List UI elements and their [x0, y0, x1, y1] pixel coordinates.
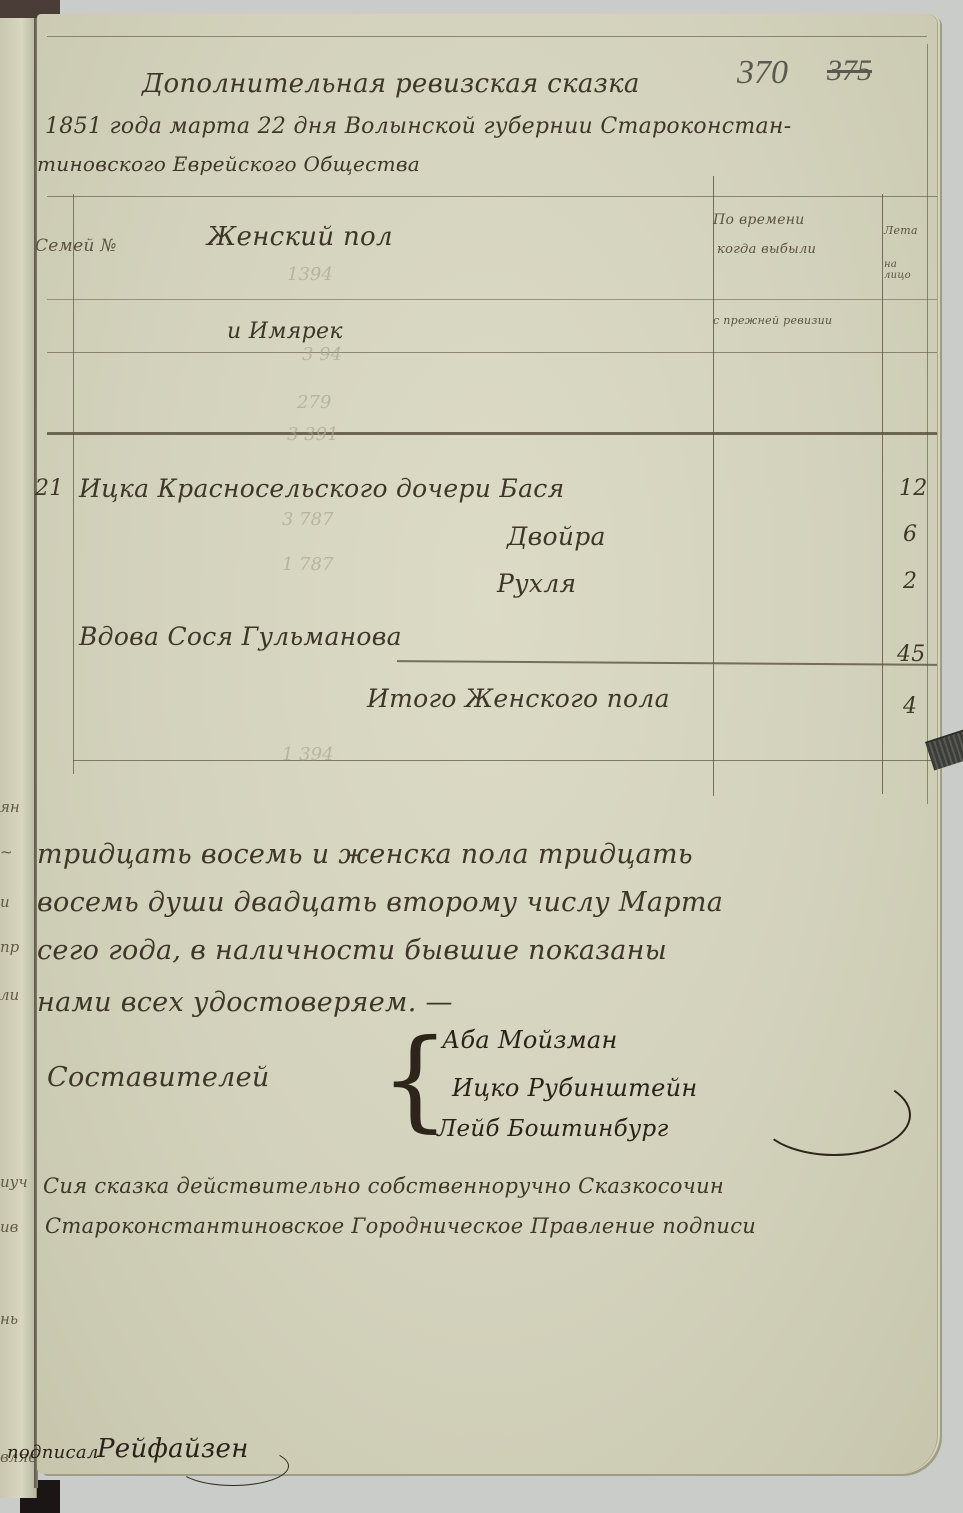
header-time-line-3: с прежней ревизии: [713, 314, 832, 327]
show-through-number: 3 391: [287, 424, 339, 445]
margin-fragment: ~: [0, 843, 13, 861]
show-through-number: 279: [297, 392, 331, 413]
show-through-number: 1 787: [282, 554, 334, 575]
signatures-label: Составителей: [47, 1062, 270, 1093]
body-line-1: тридцать восемь и женска пола тридцать: [37, 839, 693, 870]
show-through-number: 1 394: [282, 744, 334, 765]
document-page: 370 375 Дополнительная ревизская сказка …: [37, 14, 937, 1474]
person-name: Вдова Сося Гульманова: [79, 622, 402, 651]
header-time-line-2: когда выбыли: [717, 242, 816, 257]
signer-2: Ицко Рубинштейн: [452, 1074, 698, 1102]
margin-fragment: иуч: [0, 1173, 28, 1191]
margin-fragment: ян: [0, 798, 20, 816]
official-signature-prefix: подписал: [7, 1442, 99, 1463]
official-signature-flourish: [177, 1446, 289, 1486]
heading-line-3: тиновского Еврейского Общества: [37, 152, 420, 176]
header-age-line-2: на лицо: [884, 259, 924, 281]
person-name: Двойра: [507, 522, 606, 551]
margin-fragment: пр: [0, 938, 19, 956]
show-through-number: 3 787: [282, 509, 334, 530]
header-family-number: Семей №: [35, 236, 117, 256]
margin-fragment: нь: [0, 1310, 18, 1328]
body-line-2: восемь души двадцать второму числу Марта: [37, 887, 723, 918]
person-age: 12: [899, 476, 928, 501]
header-time-line-1: По времени: [713, 212, 805, 228]
body-line-4: нами всех удостоверяем. —: [37, 987, 453, 1018]
header-lower-rule: [47, 352, 937, 353]
person-name: Ицка Красносельского дочери Бася: [79, 474, 564, 503]
table-col-rule-1: [73, 194, 74, 774]
table-col-rule-2: [713, 176, 714, 796]
signer-1: Аба Мойзман: [442, 1026, 618, 1054]
person-name: Рухля: [497, 569, 576, 598]
table-col-rule-3: [882, 194, 883, 794]
margin-fragment: ив: [0, 1218, 18, 1236]
signature-flourish: [757, 1074, 911, 1156]
header-name-line-2: и Имярек: [227, 319, 343, 344]
show-through-number: 3 94: [302, 344, 342, 365]
total-value: 4: [903, 694, 917, 719]
body-line-3: сего года, в наличности бывшие показаны: [37, 935, 667, 966]
page-number: 370: [737, 54, 788, 92]
top-rule-line: [47, 36, 927, 37]
heading-line-1: Дополнительная ревизская сказка: [142, 69, 640, 99]
page-number-crossed: 375: [827, 54, 872, 88]
total-rule: [397, 660, 937, 665]
signer-3: Лейб Боштинбург: [437, 1116, 669, 1142]
header-age-line-1: Лета: [884, 224, 918, 237]
table-top-rule: [47, 196, 937, 197]
header-name-line-1: Женский пол: [207, 222, 393, 252]
person-age: 45: [897, 642, 926, 667]
person-age: 2: [903, 569, 917, 594]
header-bottom-rule: [47, 432, 937, 435]
table-right-rule: [927, 44, 928, 804]
left-facing-page: ян ~ и пр ли иуч ив нь вляв: [0, 18, 37, 1498]
margin-fragment: и: [0, 893, 10, 911]
table-bottom-rule: [73, 760, 933, 761]
person-age: 6: [903, 522, 917, 547]
header-mid-rule: [47, 299, 937, 300]
family-number: 21: [35, 476, 64, 501]
certification-line-2: Староконстантиновское Городническое Прав…: [45, 1214, 756, 1238]
total-label: Итого Женского пола: [367, 684, 670, 713]
show-through-number: 1394: [287, 264, 333, 285]
certification-line-1: Сия сказка действительно собственноручно…: [43, 1174, 724, 1198]
heading-line-2: 1851 года марта 22 дня Волынской губерни…: [45, 114, 791, 139]
margin-fragment: ли: [0, 986, 19, 1004]
